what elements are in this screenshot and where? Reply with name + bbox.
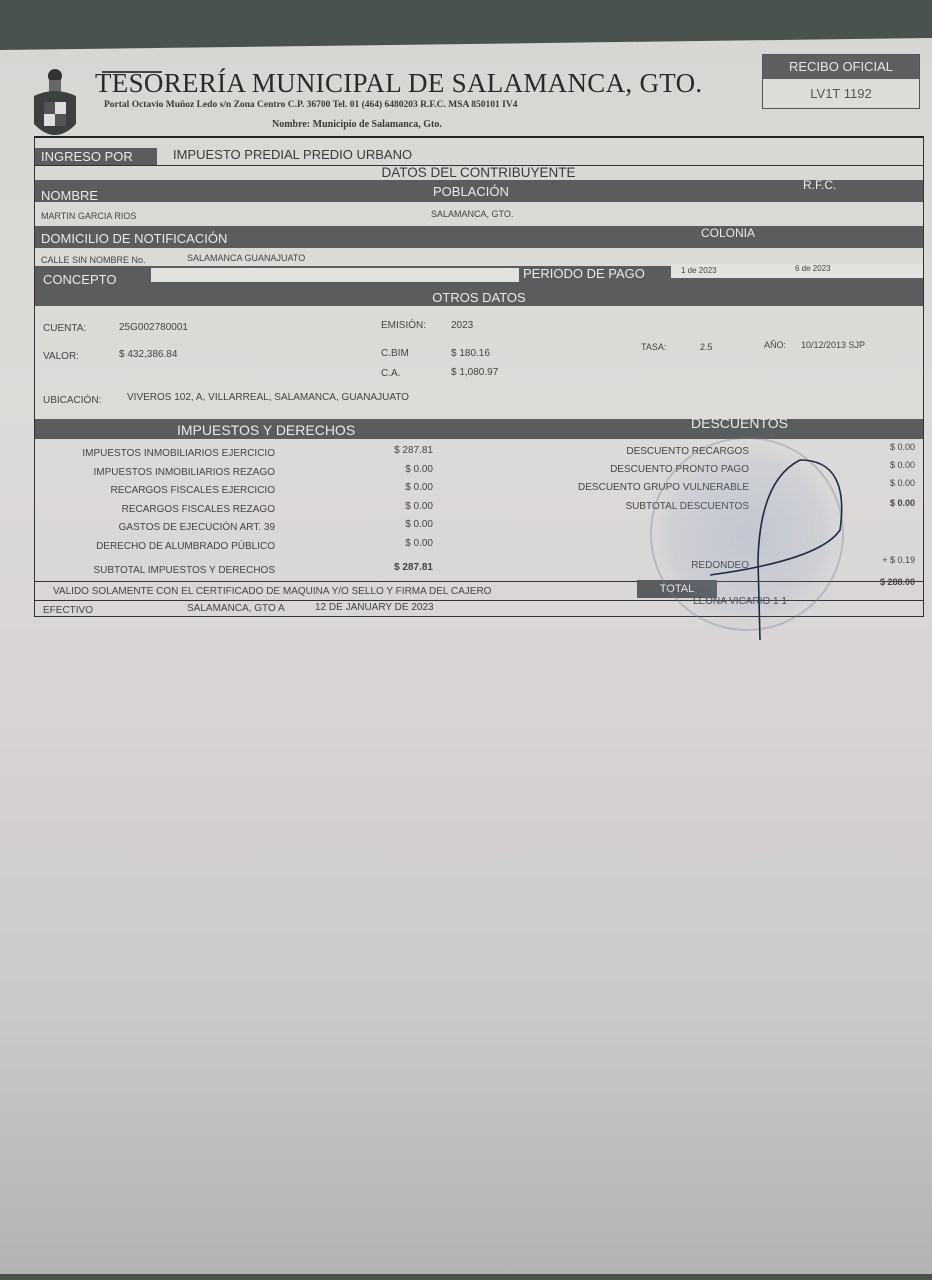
domicilio-value: CALLE SIN NOMBRE No. — [41, 255, 146, 265]
ingreso-label: INGRESO POR — [35, 148, 157, 165]
impuesto-row-label: DERECHO DE ALUMBRADO PÚBLICO — [45, 541, 275, 552]
nombre-label: NOMBRE — [41, 188, 98, 203]
tasa-value: 2.5 — [700, 342, 713, 352]
impuesto-row-amount: $ 0.00 — [365, 519, 433, 530]
treasury-address: Portal Octavio Muñoz Ledo s/n Zona Centr… — [104, 100, 517, 110]
ubicacion-value: VIVEROS 102, A, VILLARREAL, SALAMANCA, G… — [127, 392, 409, 403]
poblacion-label: POBLACIÓN — [433, 184, 509, 199]
impuesto-row-amount: $ 0.00 — [365, 501, 433, 512]
colonia-label: COLONIA — [701, 226, 755, 240]
descuento-row-amount: $ 0.00 — [855, 478, 915, 488]
municipal-crest-icon — [28, 66, 82, 146]
impuestos-title: IMPUESTOS Y DERECHOS — [177, 422, 355, 438]
domicilio-header-bar: DOMICILIO DE NOTIFICACIÓN COLONIA — [35, 226, 923, 248]
impuestos-descuentos-bar: IMPUESTOS Y DERECHOS DESCUENTOS — [35, 419, 923, 439]
emision-label: EMISIÓN: — [381, 320, 426, 331]
otros-datos-title: OTROS DATOS — [432, 290, 525, 305]
domicilio-label: DOMICILIO DE NOTIFICACIÓN — [41, 231, 227, 246]
cbim-label: C.BIM — [381, 348, 409, 359]
concepto-header-bar: CONCEPTO PERIODO DE PAGO 1 de 2023 6 de … — [35, 266, 923, 290]
valor-value: $ 432,386.84 — [119, 349, 177, 360]
descuento-row-amount: $ 0.00 — [855, 442, 915, 452]
municipality-name: Nombre: Municipio de Salamanca, Gto. — [272, 119, 442, 130]
impuesto-row-amount: $ 0.00 — [365, 482, 433, 493]
payment-date: 12 DE JANUARY DE 2023 — [315, 602, 434, 613]
periodo-hasta: 6 de 2023 — [795, 264, 831, 273]
periodo-label: PERIODO DE PAGO — [523, 266, 645, 281]
descuentos-subtotal: $ 0.00 — [855, 498, 915, 508]
impuesto-row-label: RECARGOS FISCALES EJERCICIO — [45, 485, 275, 496]
impuesto-row-amount: $ 287.81 — [365, 445, 433, 456]
treasury-title: TESORERÍA MUNICIPAL DE SALAMANCA, GTO. — [95, 68, 702, 99]
validity-note: VALIDO SOLAMENTE CON EL CERTIFICADO DE M… — [53, 586, 491, 597]
impuesto-row-label: IMPUESTOS INMOBILIARIOS REZAGO — [45, 467, 275, 478]
periodo-desde: 1 de 2023 — [681, 266, 717, 275]
cuenta-label: CUENTA: — [43, 323, 86, 334]
impuestos-subtotal: $ 287.81 — [365, 562, 433, 573]
emision-value: 2023 — [451, 320, 473, 331]
contribuyente-header-bar: NOMBRE POBLACIÓN R.F.C. — [35, 180, 923, 202]
nombre-value: MARTIN GARCIA RIOS — [41, 211, 136, 221]
payment-place: SALAMANCA, GTO A — [187, 603, 285, 614]
impuesto-row-label: GASTOS DE EJECUCIÓN ART. 39 — [45, 522, 275, 533]
otros-datos-bar: OTROS DATOS — [35, 288, 923, 306]
receipt-number: LV1T 1192 — [763, 79, 919, 108]
poblacion-value: SALAMANCA, GTO. — [431, 209, 513, 219]
ca-value: $ 1,080.97 — [451, 367, 498, 378]
impuestos-subtotal-label: SUBTOTAL IMPUESTOS Y DERECHOS — [75, 565, 275, 576]
signature-icon — [680, 440, 860, 640]
anio-value: 10/12/2013 SJP — [801, 340, 865, 350]
redondeo-value: + $ 0.19 — [855, 555, 915, 565]
contribuyente-section-title: DATOS DEL CONTRIBUYENTE — [365, 165, 592, 180]
rfc-label: R.F.C. — [803, 178, 836, 192]
ingreso-value: IMPUESTO PREDIAL PREDIO URBANO — [173, 147, 412, 162]
cbim-value: $ 180.16 — [451, 348, 490, 359]
receipt-label: RECIBO OFICIAL — [763, 55, 919, 79]
descuentos-title: DESCUENTOS — [691, 415, 788, 431]
concepto-value-box — [151, 268, 519, 282]
valor-label: VALOR: — [43, 351, 79, 362]
periodo-value-box: 1 de 2023 6 de 2023 — [671, 264, 923, 278]
cuenta-value: 25G002780001 — [119, 322, 188, 333]
ca-label: C.A. — [381, 368, 400, 379]
receipt-number-box: RECIBO OFICIAL LV1T 1192 — [762, 54, 920, 109]
impuesto-row-label: IMPUESTOS INMOBILIARIOS EJERCICIO — [45, 448, 275, 459]
descuento-row-amount: $ 0.00 — [855, 460, 915, 470]
title-accent-line — [102, 71, 162, 73]
anio-label: AÑO: — [764, 340, 786, 350]
domicilio-city: SALAMANCA GUANAJUATO — [187, 253, 305, 263]
concepto-label: CONCEPTO — [43, 272, 116, 287]
impuesto-row-amount: $ 0.00 — [365, 464, 433, 475]
impuesto-row-label: RECARGOS FISCALES REZAGO — [45, 504, 275, 515]
impuesto-row-amount: $ 0.00 — [365, 538, 433, 549]
tasa-label: TASA: — [641, 342, 666, 352]
payment-method: EFECTIVO — [43, 605, 93, 616]
ubicacion-label: UBICACIÓN: — [43, 395, 101, 406]
